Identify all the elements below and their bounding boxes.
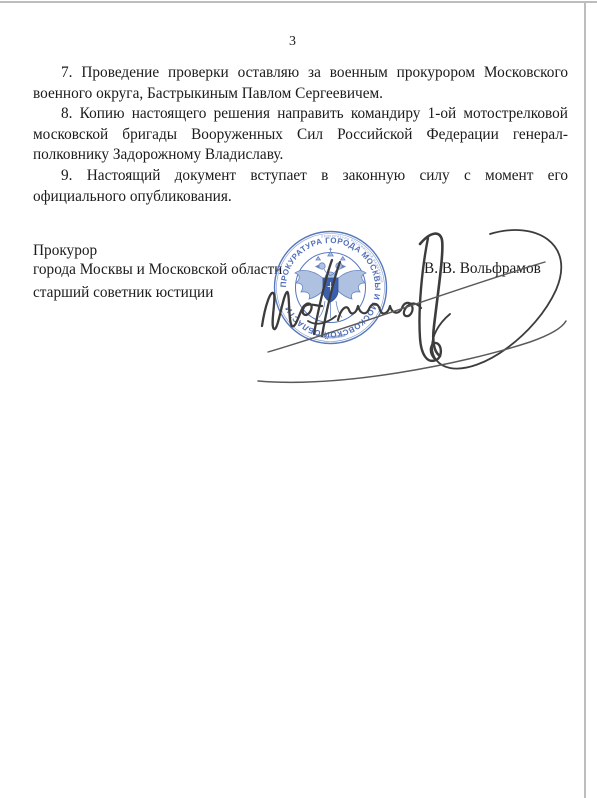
page-top-edge [0, 1, 597, 3]
paragraph-9: 9. Настоящий документ вступает в законну… [33, 166, 568, 207]
page-number: 3 [0, 34, 585, 50]
page-right-edge [584, 2, 586, 798]
paragraph-7: 7. Проведение проверки оставляю за военн… [33, 63, 568, 104]
paragraph-8: 8. Копию настоящего решения направить ко… [33, 104, 568, 166]
handwritten-signature [250, 222, 580, 394]
document-body: 7. Проведение проверки оставляю за военн… [33, 63, 568, 207]
